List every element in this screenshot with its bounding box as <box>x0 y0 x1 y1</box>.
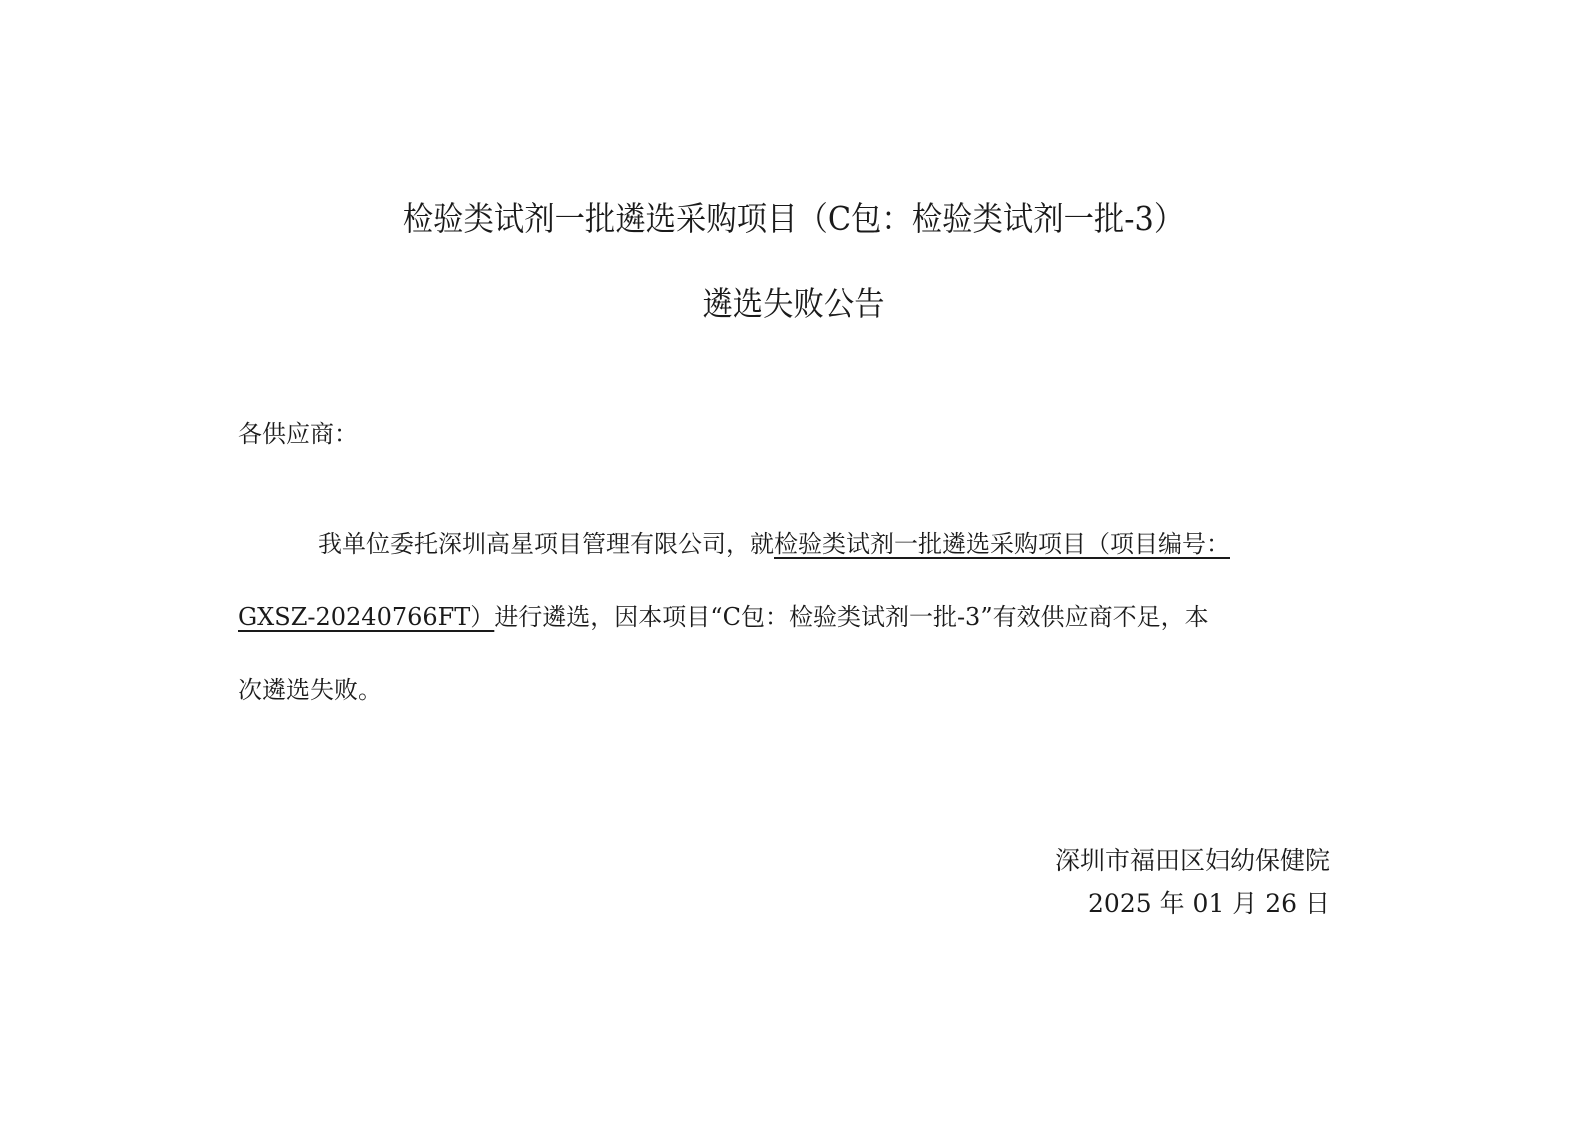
body-line-1: 我单位委托深圳高星项目管理有限公司，就检验类试剂一批遴选采购项目（项目编号： <box>318 524 1412 559</box>
body-line-2: GXSZ-20240766FT）进行遴选，因本项目“C包：检验类试剂一批-3”有… <box>238 597 1332 632</box>
document-title: 检验类试剂一批遴选采购项目（C包：检验类试剂一批-3） <box>63 193 1523 240</box>
signature-organization: 深圳市福田区妇幼保健院 <box>1055 841 1330 877</box>
project-number-underlined: GXSZ-20240766FT） <box>238 603 494 631</box>
body-line-1-prefix: 我单位委托深圳高星项目管理有限公司，就 <box>318 530 774 558</box>
body-line-2-rest: 进行遴选，因本项目“C包：检验类试剂一批-3”有效供应商不足，本 <box>494 603 1208 631</box>
document-subtitle: 遴选失败公告 <box>63 278 1523 325</box>
salutation: 各供应商： <box>238 414 358 449</box>
body-line-3: 次遴选失败。 <box>238 670 1332 705</box>
project-name-underlined: 检验类试剂一批遴选采购项目（项目编号： <box>774 530 1230 558</box>
signature-date: 2025 年 01 月 26 日 <box>1088 884 1330 920</box>
